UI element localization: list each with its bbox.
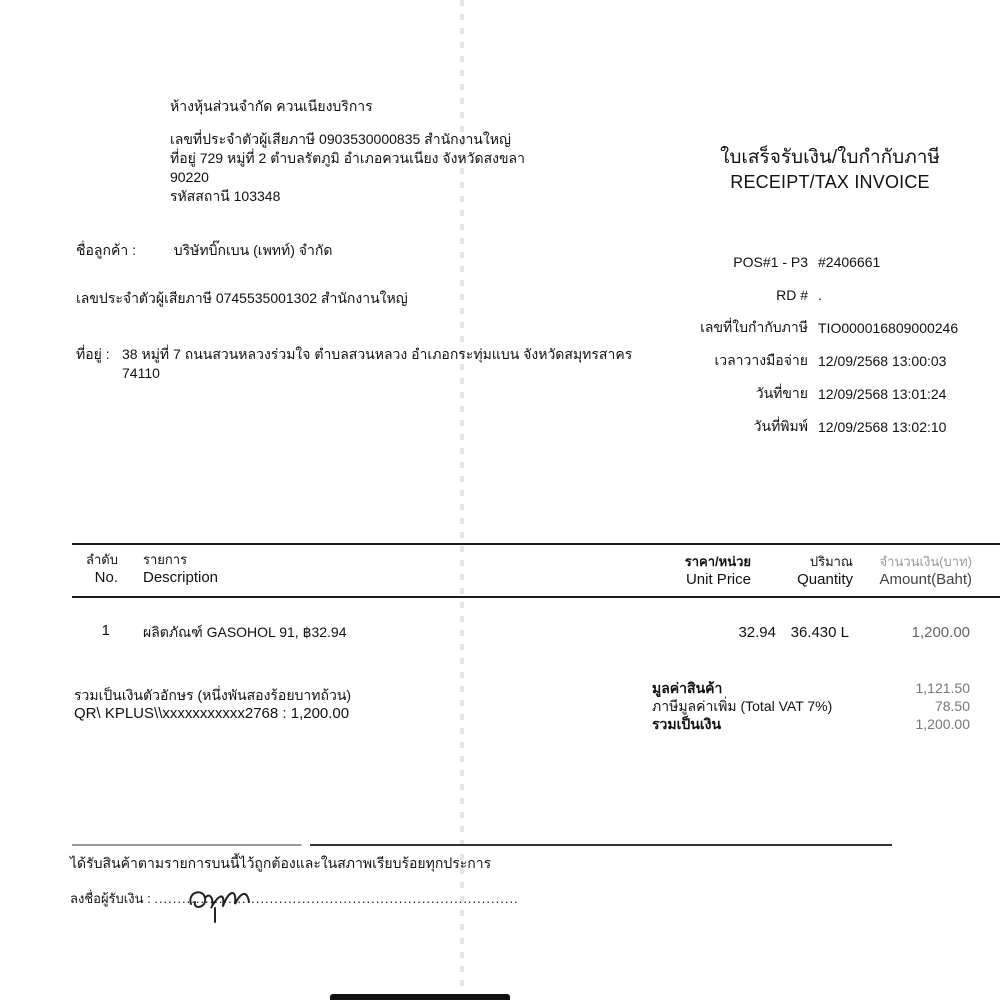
payment-method: QR\ KPLUS\\xxxxxxxxxxx2768 : 1,200.00 — [74, 704, 351, 723]
meta-row-sale-date: วันที่ขาย 12/09/2568 13:01:24 — [620, 377, 978, 410]
meta-row-tax-invoice-no: เลขที่ใบกำกับภาษี TIO000016809000246 — [620, 311, 978, 344]
totals-labels: มูลค่าสินค้า ภาษีมูลค่าเพิ่ม (Total VAT … — [652, 679, 832, 733]
amount-in-words: รวมเป็นเงินตัวอักษร (หนึ่งพันสองร้อยบาทถ… — [74, 686, 351, 704]
meta-value: TIO000016809000246 — [818, 320, 978, 336]
document-title: ใบเสร็จรับเงิน/ใบกำกับภาษี RECEIPT/TAX I… — [700, 146, 960, 194]
meta-value: #2406661 — [818, 254, 978, 270]
header-quantity: ปริมาณ Quantity — [770, 554, 853, 590]
footer-rule — [72, 844, 892, 846]
subtotal-label: มูลค่าสินค้า — [652, 679, 832, 697]
header-description: รายการ Description — [143, 552, 218, 588]
table-top-rule — [72, 543, 1000, 545]
seller-branch-code: รหัสสถานี 103348 — [170, 187, 525, 206]
vat-value: 78.50 — [860, 697, 970, 715]
vat-label: ภาษีมูลค่าเพิ่ม (Total VAT 7%) — [652, 697, 832, 715]
meta-row-pos: POS#1 - P3 #2406661 — [620, 245, 978, 278]
acknowledgement-text: ได้รับสินค้าตามรายการบนนี้ไว้ถูกต้องและใ… — [70, 853, 491, 875]
meta-label: วันที่พิมพ์ — [620, 416, 818, 438]
seller-name: ห้างหุ้นส่วนจำกัด ควนเนียงบริการ — [170, 97, 525, 116]
customer-address: 38 หมู่ที่ 7 ถนนสวนหลวงร่วมใจ ตำบลสวนหลว… — [122, 345, 632, 383]
meta-label: เวลาวางมือจ่าย — [620, 350, 818, 372]
document-title-thai: ใบเสร็จรับเงิน/ใบกำกับภาษี — [700, 146, 960, 170]
document-title-english: RECEIPT/TAX INVOICE — [700, 170, 960, 194]
seller-info: ห้างหุ้นส่วนจำกัด ควนเนียงบริการ เลขที่ป… — [170, 97, 525, 206]
signature-scribble — [185, 882, 265, 932]
customer-address-line1: 38 หมู่ที่ 7 ถนนสวนหลวงร่วมใจ ตำบลสวนหลว… — [122, 345, 632, 364]
meta-value: 12/09/2568 13:00:03 — [818, 353, 978, 369]
meta-value: 12/09/2568 13:01:24 — [818, 386, 978, 402]
row-unit-price: 32.94 — [650, 624, 776, 641]
meta-label: วันที่ขาย — [620, 383, 818, 405]
seller-address: ที่อยู่ 729 หมู่ที่ 2 ตำบลรัตภูมิ อำเภอค… — [170, 149, 525, 168]
subtotal-value: 1,121.50 — [860, 679, 970, 697]
row-amount: 1,200.00 — [860, 624, 970, 641]
total-label: รวมเป็นเงิน — [652, 715, 832, 733]
row-quantity: 36.430 L — [770, 624, 849, 641]
totals-values: 1,121.50 78.50 1,200.00 — [860, 679, 970, 733]
row-no: 1 — [70, 622, 110, 639]
header-unit-price: ราคา/หน่วย Unit Price — [650, 554, 751, 590]
meta-label: RD # — [620, 287, 818, 303]
meta-label: เลขที่ใบกำกับภาษี — [620, 317, 818, 339]
signature-row: ลงชื่อผู้รับเงิน : .....................… — [70, 888, 519, 909]
customer-name-row: ชื่อลูกค้า : บริษัทบิ๊กเบน (เพทท์) จำกัด — [76, 241, 332, 260]
total-value: 1,200.00 — [860, 715, 970, 733]
customer-name-label: ชื่อลูกค้า : — [76, 242, 136, 258]
invoice-meta: POS#1 - P3 #2406661 RD # . เลขที่ใบกำกับ… — [620, 245, 978, 443]
customer-tax-id: เลขประจำตัวผู้เสียภาษี 0745535001302 สำน… — [76, 289, 408, 308]
seller-postal-code: 90220 — [170, 168, 525, 187]
customer-address-line2: 74110 — [122, 364, 632, 383]
customer-name: บริษัทบิ๊กเบน (เพทท์) จำกัด — [174, 242, 333, 258]
seller-tax-id: เลขที่ประจำตัวผู้เสียภาษี 0903530000835 … — [170, 130, 525, 149]
meta-value: 12/09/2568 13:02:10 — [818, 419, 978, 435]
scan-edge-bar — [330, 994, 510, 1000]
table-header-rule — [72, 596, 1000, 598]
meta-value: . — [818, 287, 978, 303]
header-no: ลำดับ No. — [70, 552, 118, 588]
meta-label: POS#1 - P3 — [620, 254, 818, 270]
signature-label: ลงชื่อผู้รับเงิน : — [70, 891, 151, 906]
row-description: ผลิตภัณฑ์ GASOHOL 91, ฿32.94 — [143, 622, 347, 644]
header-amount: จำนวนเงิน(บาท) Amount(Baht) — [860, 554, 972, 590]
meta-row-print-date: วันที่พิมพ์ 12/09/2568 13:02:10 — [620, 410, 978, 443]
meta-row-rd: RD # . — [620, 278, 978, 311]
payment-info: รวมเป็นเงินตัวอักษร (หนึ่งพันสองร้อยบาทถ… — [74, 686, 351, 723]
customer-address-label: ที่อยู่ : — [76, 345, 110, 364]
meta-row-nozzle-time: เวลาวางมือจ่าย 12/09/2568 13:00:03 — [620, 344, 978, 377]
